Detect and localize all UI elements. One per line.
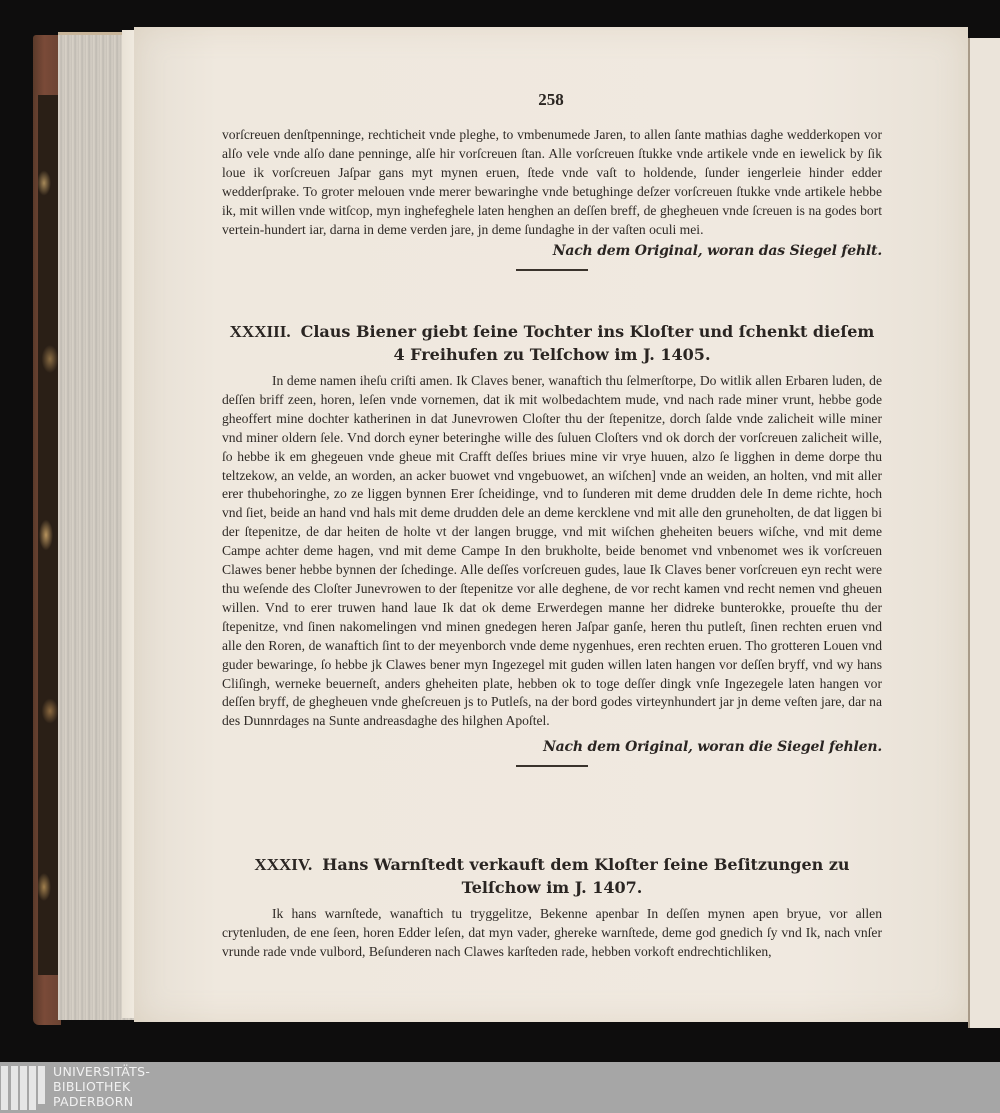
continuation-text: vorſcreuen denſtpenninge, rechticheit vn… xyxy=(222,126,882,239)
section-numeral: XXXIII. xyxy=(230,322,291,341)
marbled-endpaper xyxy=(38,95,58,975)
source-note-continuation: Nach dem Original, woran das Siegel fehl… xyxy=(222,243,882,259)
logo-line-2: BIBLIOTHEK xyxy=(53,1079,150,1094)
section-body: Ik hans warnſtede, wanaftich tu tryggeli… xyxy=(222,905,882,962)
library-logo-icon xyxy=(0,1066,46,1110)
library-logo-text: UNIVERSITÄTS- BIBLIOTHEK PADERBORN xyxy=(53,1064,150,1109)
section-numeral: XXXIV. xyxy=(254,855,312,874)
logo-line-3: PADERBORN xyxy=(53,1094,150,1109)
section-divider xyxy=(516,269,588,271)
section-xxxiv: XXXIV.Hans Warnſtedt verkauft dem Kloſte… xyxy=(222,853,882,962)
section-heading-xxxiii: XXXIII.Claus Biener giebt ſeine Tochter … xyxy=(222,320,882,366)
continuation-block: vorſcreuen denſtpenninge, rechticheit vn… xyxy=(222,126,882,271)
section-divider xyxy=(516,765,588,767)
source-note-xxxiii: Nach dem Original, woran die Siegel fehl… xyxy=(222,739,882,755)
book-page: 258 vorſcreuen denſtpenninge, rechtichei… xyxy=(134,27,968,1022)
section-heading-xxxiv: XXXIV.Hans Warnſtedt verkauft dem Kloſte… xyxy=(222,853,882,899)
logo-line-1: UNIVERSITÄTS- xyxy=(53,1064,150,1079)
facing-page-edge xyxy=(968,38,1000,1028)
section-title: Hans Warnſtedt verkauft dem Kloſter ſein… xyxy=(322,855,849,897)
section-xxxiii: XXXIII.Claus Biener giebt ſeine Tochter … xyxy=(222,320,882,767)
library-footer: UNIVERSITÄTS- BIBLIOTHEK PADERBORN xyxy=(0,1062,1000,1113)
section-body: In deme namen iheſu criſti amen. Ik Clav… xyxy=(222,372,882,731)
page-number: 258 xyxy=(134,90,968,110)
section-title: Claus Biener giebt ſeine Tochter ins Klo… xyxy=(301,322,875,364)
